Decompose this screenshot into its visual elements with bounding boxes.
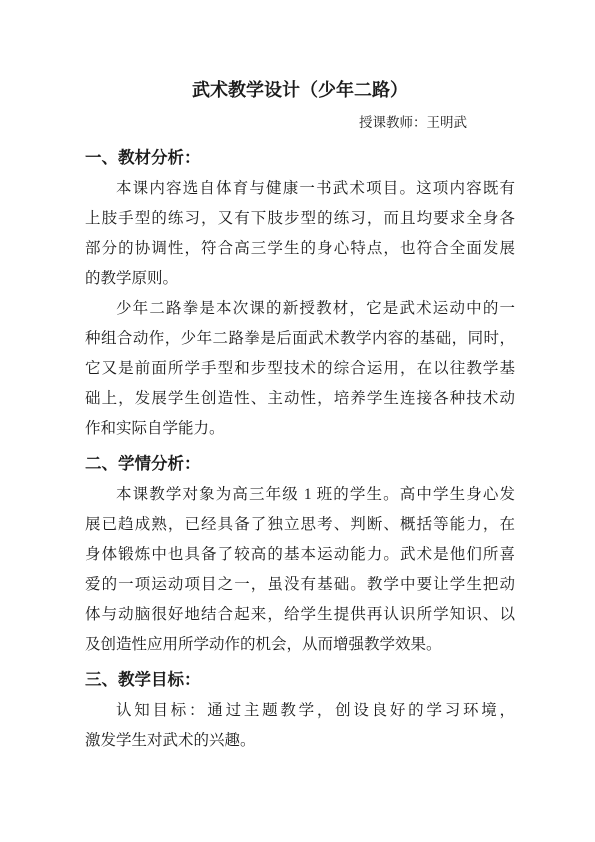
text-line: 展已趋成熟，已经具备了独立思考、判断、概括等能力，在 — [85, 510, 515, 540]
text-line: 少年二路拳是本次课的新授教材，它是武术运动中的一 — [85, 294, 515, 324]
document-page: 武术教学设计（少年二路） 授课教师：王明武 一、教材分析：本课内容选自体育与健康… — [0, 0, 595, 842]
document-body: 一、教材分析：本课内容选自体育与健康一书武术项目。这项内容既有上肢手型的练习，又… — [85, 146, 515, 756]
text-line: 身体锻炼中也具备了较高的基本运动能力。武术是他们所喜 — [85, 540, 515, 570]
text-line: 爱的一项运动项目之一，虽没有基础。教学中要让学生把动 — [85, 570, 515, 600]
text-line: 础上，发展学生创造性、主动性，培养学生连接各种技术动 — [85, 384, 515, 414]
byline-teacher: 授课教师：王明武 — [85, 108, 515, 138]
text-line: 激发学生对武术的兴趣。 — [85, 726, 515, 756]
paragraph: 本课教学对象为高三年级 1 班的学生。高中学生身心发展已趋成熟，已经具备了独立思… — [85, 480, 515, 660]
text-line: 作和实际自学能力。 — [85, 414, 515, 444]
text-line: 本课内容选自体育与健康一书武术项目。这项内容既有 — [85, 174, 515, 204]
section-heading: 三、教学目标： — [85, 668, 515, 692]
paragraph: 本课内容选自体育与健康一书武术项目。这项内容既有上肢手型的练习，又有下肢步型的练… — [85, 174, 515, 294]
text-line: 上肢手型的练习，又有下肢步型的练习，而且均要求全身各 — [85, 204, 515, 234]
section-heading: 二、学情分析： — [85, 452, 515, 476]
text-line: 本课教学对象为高三年级 1 班的学生。高中学生身心发 — [85, 480, 515, 510]
text-line: 及创造性应用所学动作的机会，从而增强教学效果。 — [85, 630, 515, 660]
text-line: 认知目标：通过主题教学，创设良好的学习环境， — [85, 696, 515, 726]
text-line: 体与动脑很好地结合起来，给学生提供再认识所学知识、以 — [85, 600, 515, 630]
text-line: 它又是前面所学手型和步型技术的综合运用，在以往教学基 — [85, 354, 515, 384]
text-line: 部分的协调性，符合高三学生的身心特点，也符合全面发展 — [85, 234, 515, 264]
paragraph: 认知目标：通过主题教学，创设良好的学习环境，激发学生对武术的兴趣。 — [85, 696, 515, 756]
paragraph: 少年二路拳是本次课的新授教材，它是武术运动中的一种组合动作，少年二路拳是后面武术… — [85, 294, 515, 444]
text-line: 种组合动作，少年二路拳是后面武术教学内容的基础，同时， — [85, 324, 515, 354]
document-title: 武术教学设计（少年二路） — [85, 72, 515, 108]
section-heading: 一、教材分析： — [85, 146, 515, 170]
text-line: 的教学原则。 — [85, 264, 515, 294]
